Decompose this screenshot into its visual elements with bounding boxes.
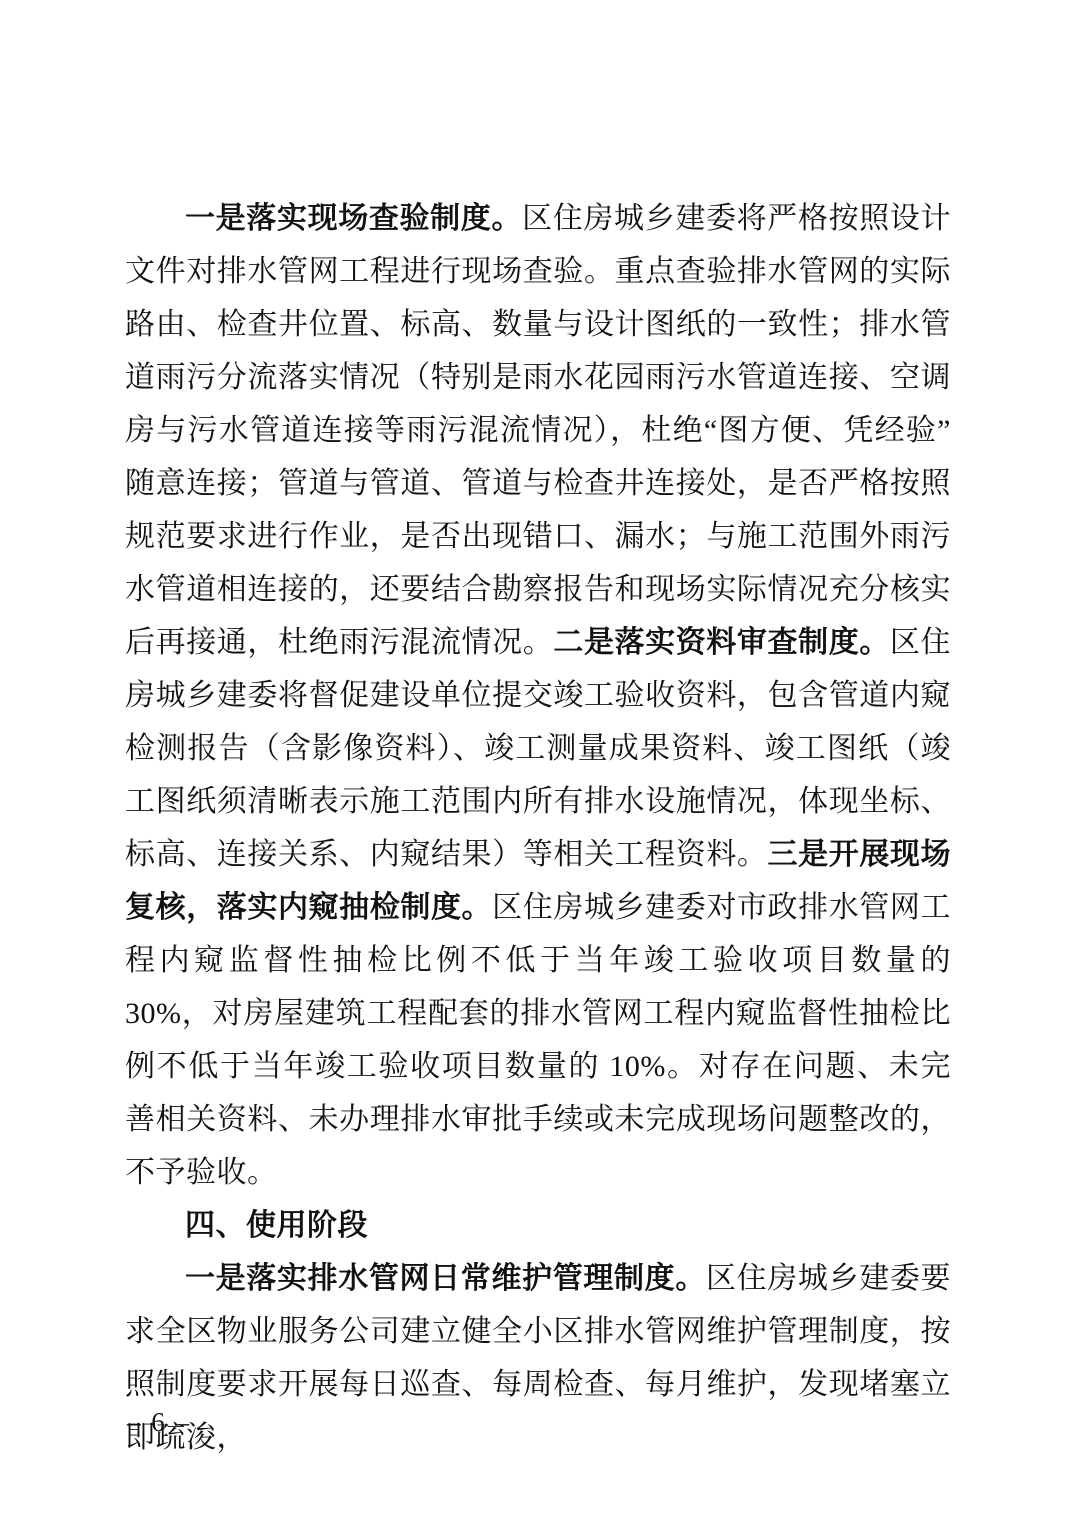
document-page: 一是落实现场查验制度。区住房城乡建委将严格按照设计文件对排水管网工程进行现场查验…	[0, 0, 1074, 1520]
bold-lead-run: 四、使用阶段	[185, 1209, 368, 1242]
section-heading: 四、使用阶段	[125, 1199, 951, 1252]
body-paragraph: 一是落实排水管网日常维护管理制度。区住房城乡建委要求全区物业服务公司建立健全小区…	[125, 1252, 951, 1464]
bold-lead-run: 二是落实资料审查制度。	[553, 626, 890, 659]
text-run: 区住房城乡建委对市政排水管网工程内窥监督性抽检比例不低于当年竣工验收项目数量的 …	[125, 891, 951, 1189]
page-footer: – 6 –	[127, 1406, 191, 1438]
text-run: 区住房城乡建委将严格按照设计文件对排水管网工程进行现场查验。重点查验排水管网的实…	[125, 202, 951, 659]
body-paragraph: 一是落实现场查验制度。区住房城乡建委将严格按照设计文件对排水管网工程进行现场查验…	[125, 192, 951, 1199]
document-body: 一是落实现场查验制度。区住房城乡建委将严格按照设计文件对排水管网工程进行现场查验…	[125, 192, 951, 1464]
text-run: 区住房城乡建委将督促建设单位提交竣工验收资料，包含管道内窥检测报告（含影像资料）…	[125, 626, 951, 871]
page-number: – 6 –	[127, 1407, 191, 1437]
bold-lead-run: 一是落实排水管网日常维护管理制度。	[185, 1262, 706, 1295]
bold-lead-run: 一是落实现场查验制度。	[185, 202, 522, 235]
